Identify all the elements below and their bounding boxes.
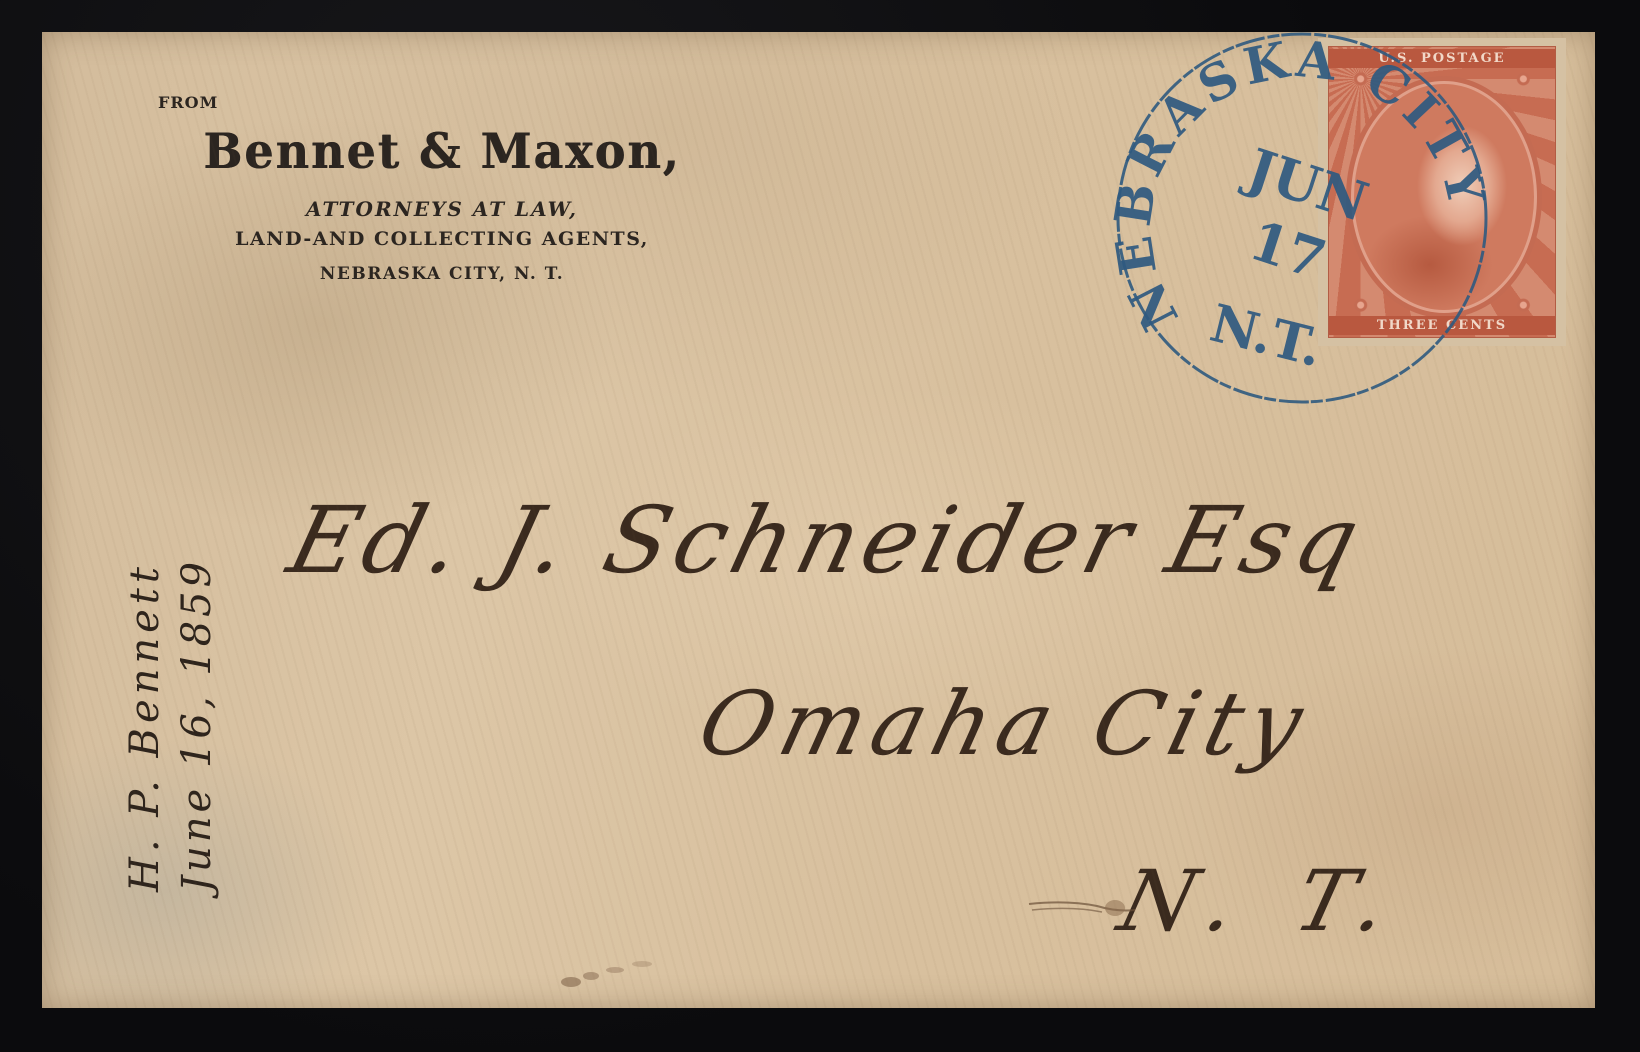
- postmark-territory: N.T.: [1204, 293, 1328, 379]
- return-line-attorneys: ATTORNEYS AT LAW,: [182, 197, 702, 221]
- docket-date: June 16, 1859: [174, 558, 220, 892]
- addressee-territory: N. T.: [1110, 852, 1416, 950]
- docket-sender: H. P. Bennett: [122, 558, 168, 892]
- postmark-month: JUN: [1236, 134, 1376, 234]
- postmark: NEBRASKA CITY JUN 17 N.T.: [1112, 28, 1492, 408]
- firm-name: Bennet & Maxon,: [202, 123, 682, 180]
- ink-flourish-icon: [1027, 892, 1137, 922]
- from-label: FROM: [158, 93, 218, 112]
- addressee-city: Omaha City: [689, 672, 1320, 775]
- postmark-circle-icon: NEBRASKA CITY JUN 17 N.T.: [1112, 28, 1492, 408]
- docket-notation: H. P. Bennett June 16, 1859: [122, 558, 220, 892]
- return-line-agents: LAND-AND COLLECTING AGENTS,: [182, 228, 702, 250]
- ink-stain-icon: [557, 952, 677, 992]
- return-line-city: NEBRASKA CITY, N. T.: [182, 264, 702, 284]
- addressee-name: Ed. J. Schneider Esq: [279, 487, 1375, 594]
